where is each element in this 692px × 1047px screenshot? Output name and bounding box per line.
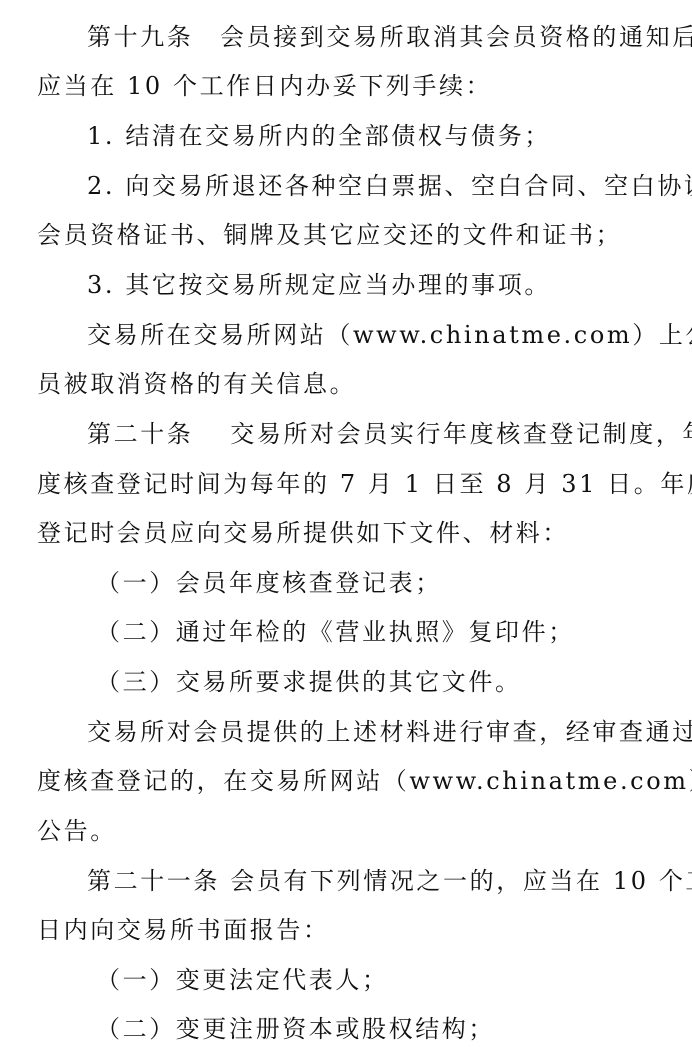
article-19-item-2-cont: 会员资格证书、铜牌及其它应交还的文件和证书；: [37, 220, 622, 250]
article-20-materials: 登记时会员应向交易所提供如下文件、材料：: [37, 518, 569, 548]
article-19-item-2: 2. 向交易所退还各种空白票据、空白合同、空白协议、: [87, 171, 692, 201]
article-20-item-2: （二）通过年检的《营业执照》复印件；: [96, 617, 575, 647]
article-21-item-2: （二）变更注册资本或股权结构；: [96, 1014, 495, 1044]
article-20-item-3: （三）交易所要求提供的其它文件。: [96, 667, 522, 697]
article-19-item-1: 1. 结清在交易所内的全部债权与债务；: [87, 121, 551, 151]
article-21-continuation: 日内向交易所书面报告：: [37, 915, 330, 945]
article-20-heading-line: 第二十条 交易所对会员实行年度核查登记制度，年: [87, 419, 692, 449]
article-20-review-cont: 度核查登记的，在交易所网站（www.chinatme.com）上予以: [37, 766, 692, 796]
article-19-item-3: 3. 其它按交易所规定应当办理的事项。: [87, 270, 551, 300]
article-20-review: 交易所对会员提供的上述材料进行审查，经审查通过年: [87, 717, 692, 747]
article-20-review-end: 公告。: [37, 816, 117, 846]
article-20-dates: 度核查登记时间为每年的 7 月 1 日至 8 月 31 日。年度核查: [37, 469, 692, 499]
article-19-notice-cont: 员被取消资格的有关信息。: [37, 369, 356, 399]
article-19-notice: 交易所在交易所网站（www.chinatme.com）上公布该会: [87, 320, 692, 350]
article-21-heading-line: 第二十一条 会员有下列情况之一的，应当在 10 个工作: [87, 866, 692, 896]
article-19-continuation: 应当在 10 个工作日内办妥下列手续：: [37, 71, 492, 101]
document-page: 第十九条 会员接到交易所取消其会员资格的通知后， 应当在 10 个工作日内办妥下…: [0, 0, 692, 1047]
article-21-item-1: （一）变更法定代表人；: [96, 965, 389, 995]
article-20-item-1: （一）会员年度核查登记表；: [96, 568, 442, 598]
article-19-heading-line: 第十九条 会员接到交易所取消其会员资格的通知后，: [87, 22, 692, 52]
